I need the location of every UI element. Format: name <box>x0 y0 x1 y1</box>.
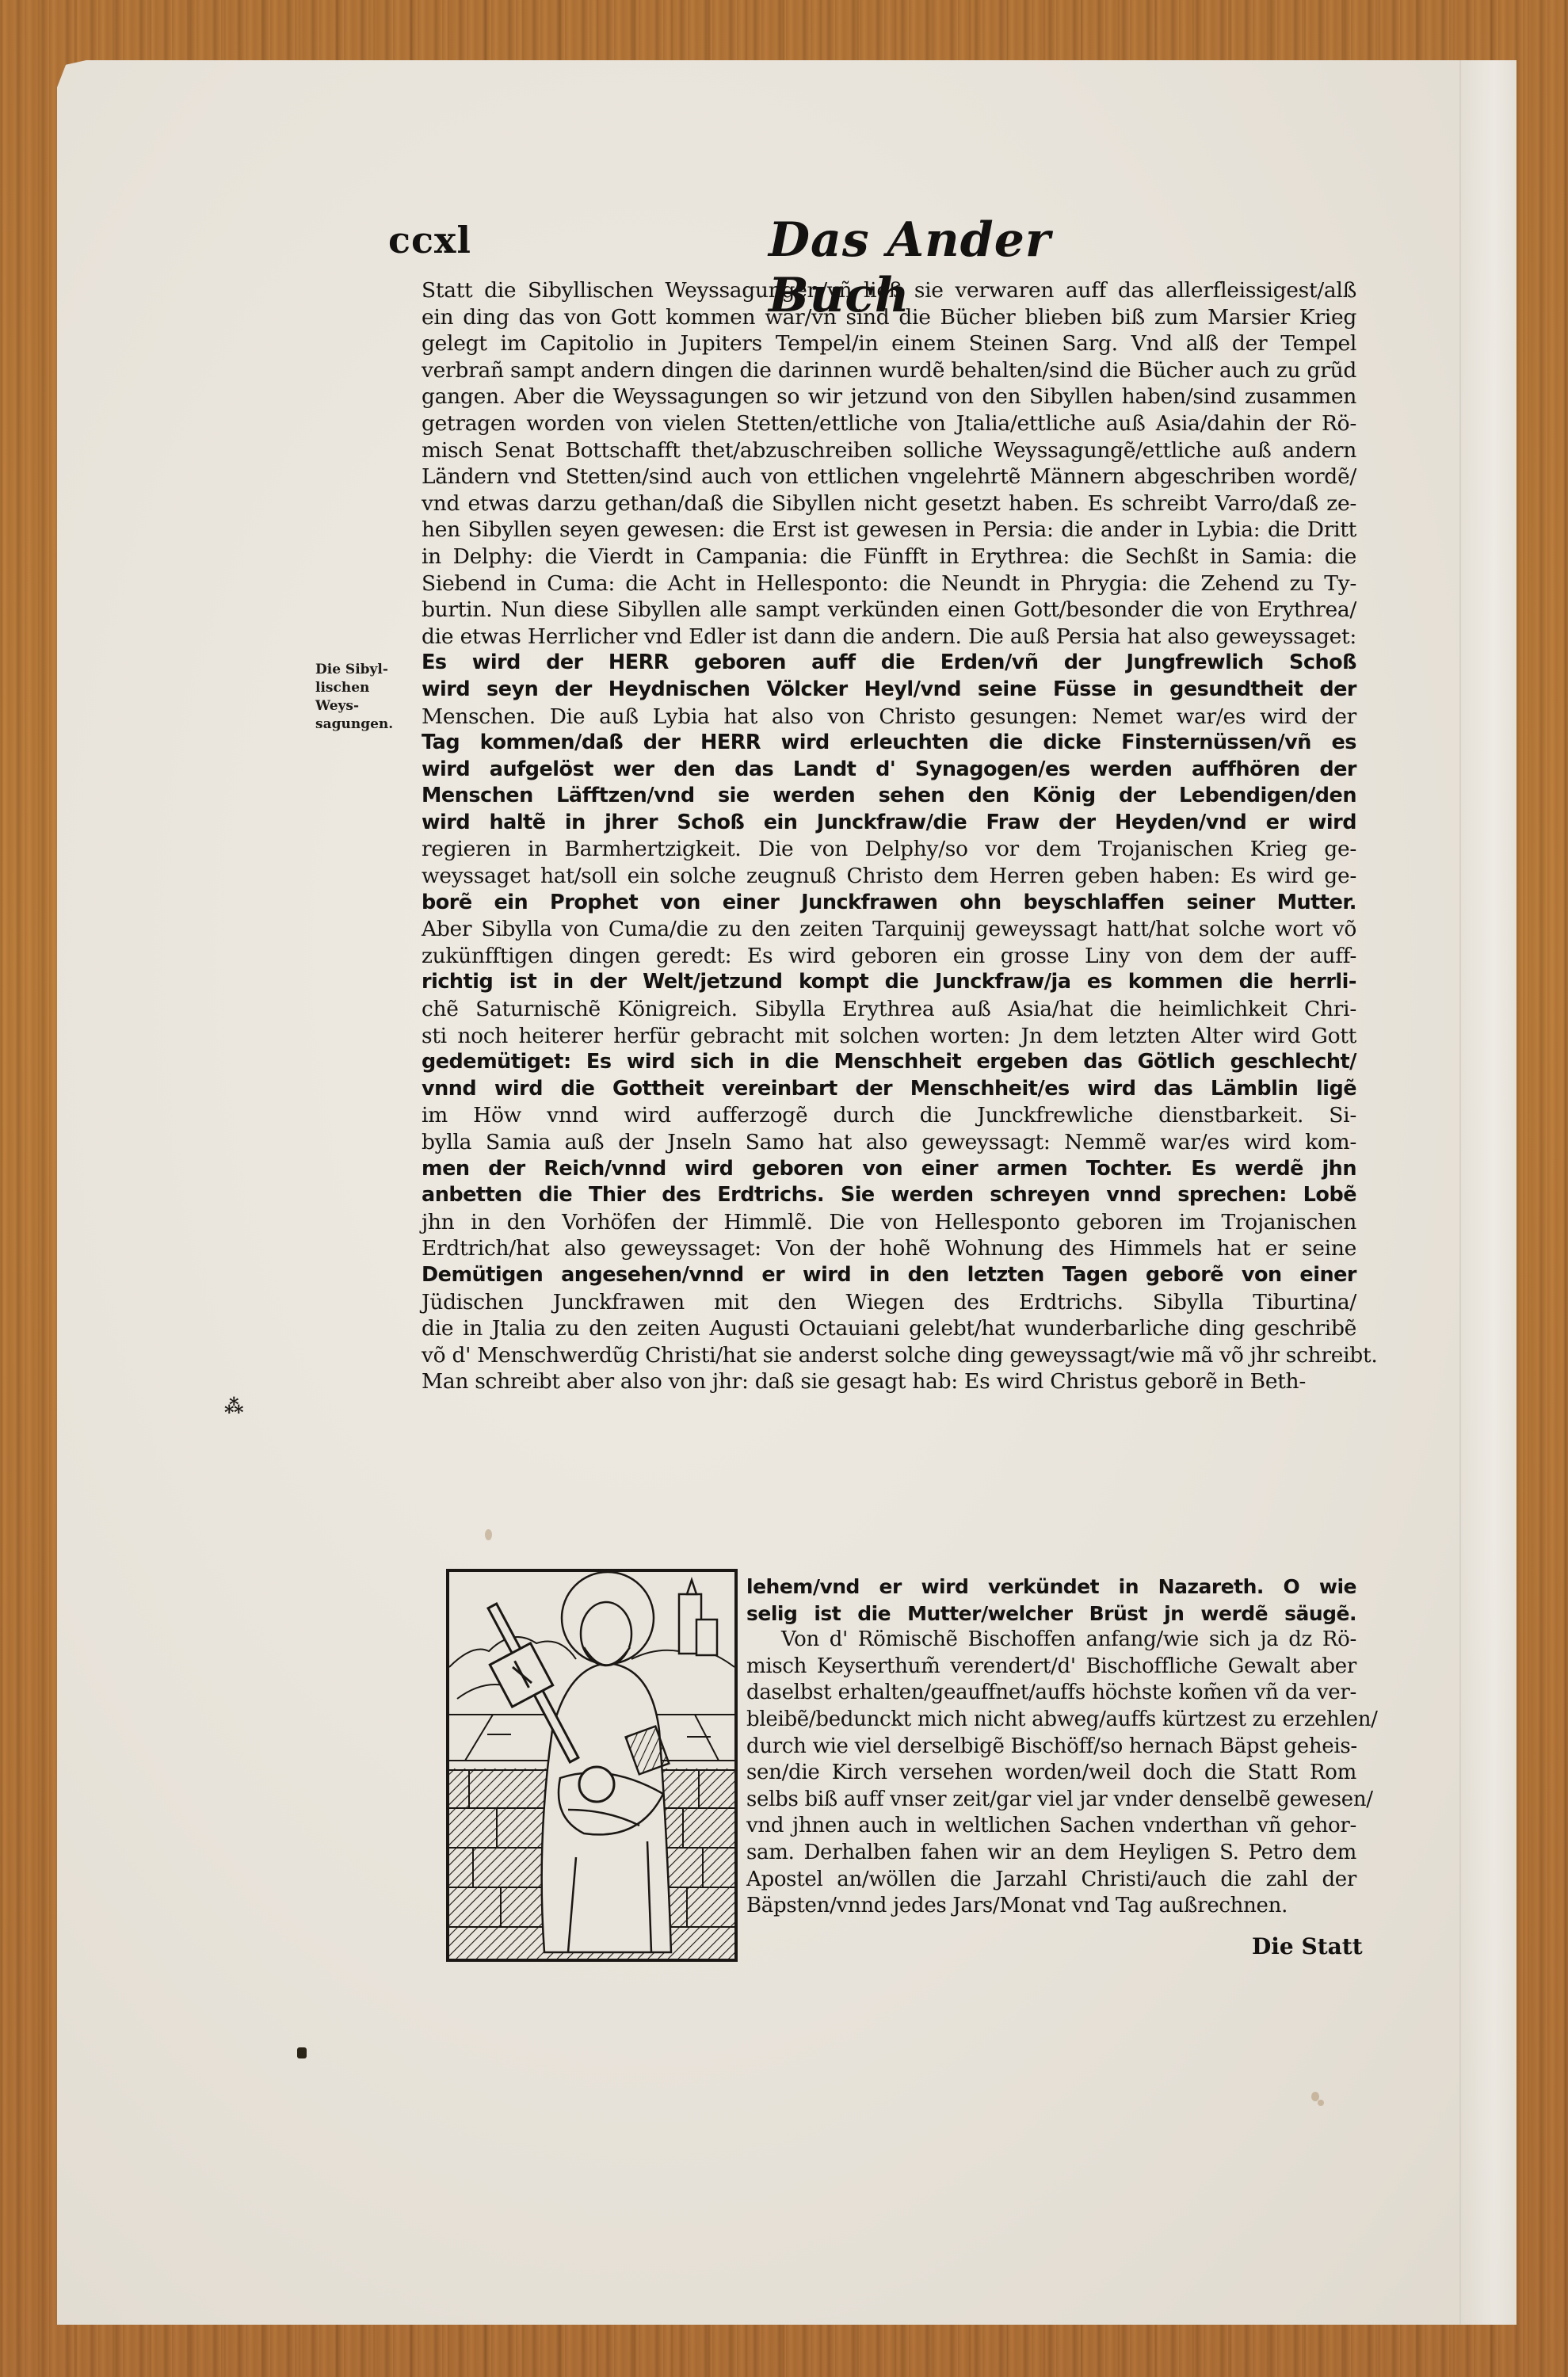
text-line: wird aufgelöst wer den das Landt d' Syna… <box>422 757 1356 784</box>
text-line: sen/die Kirch versehen worden/weil doch … <box>746 1760 1356 1787</box>
text-line: Ländern vnd Stetten/sind auch von ettlic… <box>422 464 1356 490</box>
text-line: vnnd wird die Gottheit vereinbart der Me… <box>422 1076 1356 1103</box>
text-line: regieren in Barmhertzigkeit. Die von Del… <box>422 836 1356 863</box>
text-line: Jüdischen Junckfrawen mit den Wiegen des… <box>422 1289 1356 1316</box>
text-line: Statt die Sibyllischen Weyssagungen/vñ l… <box>422 277 1356 304</box>
text-line: Siebend in Cuma: die Acht in Hellesponto… <box>422 570 1356 597</box>
text-line: bylla Samia auß der Jnseln Samo hat also… <box>422 1129 1356 1156</box>
text-line: im Höw vnnd wird aufferzogẽ durch die Ju… <box>422 1102 1356 1129</box>
text-line: Man schreibt aber also von jhr: daß sie … <box>422 1368 1356 1395</box>
text-line: Es wird der HERR geboren auff die Erden/… <box>422 650 1356 677</box>
text-line: wird haltẽ in jhrer Schoß ein Junckfraw/… <box>422 810 1356 837</box>
right-column-text: lehem/vnd er wird verkündet in Nazareth.… <box>746 1574 1356 1920</box>
foxing-spot <box>1318 2100 1324 2106</box>
text-line: weyssaget hat/soll ein solche zeugnuß Ch… <box>422 863 1356 890</box>
text-line: Apostel an/wöllen die Jarzahl Christi/au… <box>746 1867 1356 1894</box>
folio-number: ccxl <box>388 219 471 261</box>
text-line: gangen. Aber die Weyssagungen so wir jet… <box>422 383 1356 410</box>
text-line: jhn in den Vorhöfen der Himmlẽ. Die von … <box>422 1209 1356 1236</box>
text-line: vnd jhnen auch in weltlichen Sachen vnde… <box>746 1813 1356 1840</box>
marginal-note: Die Sibyl- lischen Weys- sagungen. <box>315 661 402 734</box>
marginal-note-line: Die Sibyl- <box>315 661 402 679</box>
text-line: in Delphy: die Vierdt in Campania: die F… <box>422 544 1356 570</box>
text-line: hen Sibyllen seyen gewesen: die Erst ist… <box>422 517 1356 544</box>
text-line: misch Senat Bottschafft thet/abzuschreib… <box>422 437 1356 464</box>
foxing-spot <box>485 1529 492 1540</box>
text-line: ein ding das von Gott kommen war/vñ sind… <box>422 304 1356 331</box>
text-line: lehem/vnd er wird verkündet in Nazareth.… <box>746 1574 1356 1601</box>
text-line: Aber Sibylla von Cuma/die zu den zeiten … <box>422 916 1356 943</box>
marginal-note-line: sagungen. <box>315 715 402 734</box>
text-line: die in Jtalia zu den zeiten Augusti Octa… <box>422 1315 1356 1342</box>
woodcut-saint-peter <box>446 1569 738 1962</box>
text-line: gedemütiget: Es wird sich in die Menschh… <box>422 1049 1356 1076</box>
text-line: gelegt im Capitolio in Jupiters Tempel/i… <box>422 330 1356 357</box>
text-line: Menschen Läfftzen/vnd sie werden sehen d… <box>422 783 1356 810</box>
text-line: sti noch heiterer herfür gebracht mit so… <box>422 1023 1356 1050</box>
text-line: richtig ist in der Welt/jetzund kompt di… <box>422 969 1356 996</box>
text-line: wird seyn der Heydnischen Völcker Heyl/v… <box>422 677 1356 704</box>
text-line: Erdtrich/hat also geweyssaget: Von der h… <box>422 1235 1356 1262</box>
text-line: die etwas Herrlicher vnd Edler ist dann … <box>422 624 1356 651</box>
running-head: ccxl Das Ander Buch <box>388 212 1196 276</box>
text-line: võ d' Menschwerdũg Christi/hat sie ander… <box>422 1342 1356 1369</box>
text-line: borẽ ein Prophet von einer Junckfrawen o… <box>422 890 1356 917</box>
text-line: getragen worden von vielen Stetten/ettli… <box>422 410 1356 437</box>
text-line: Menschen. Die auß Lybia hat also von Chr… <box>422 704 1356 731</box>
text-line: men der Reich/vnnd wird geboren von eine… <box>422 1156 1356 1183</box>
deckle-edge <box>1459 60 1516 2325</box>
text-line: anbetten die Thier des Erdtrichs. Sie we… <box>422 1182 1356 1209</box>
ink-blot: ⁂ <box>224 1395 244 1417</box>
text-line: misch Keyserthum̃ verendert/d' Bischoffl… <box>746 1654 1356 1681</box>
text-line: durch wie viel derselbigẽ Bischöff/so he… <box>746 1734 1356 1761</box>
text-line: daselbst erhalten/geauffnet/auffs höchst… <box>746 1680 1356 1707</box>
text-line: zukünfftigen dingen geredt: Es wird gebo… <box>422 943 1356 970</box>
ink-blot <box>297 2047 307 2058</box>
text-line: Tag kommen/daß der HERR wird erleuchten … <box>422 730 1356 757</box>
text-line: selig ist die Mutter/welcher Brüst jn we… <box>746 1601 1356 1627</box>
text-line: verbrañ sampt andern dingen die darinnen… <box>422 357 1356 384</box>
main-text-block: Statt die Sibyllischen Weyssagungen/vñ l… <box>422 277 1356 1395</box>
catchword: Die Statt <box>1252 1933 1363 1959</box>
text-line: sam. Derhalben fahen wir an dem Heyligen… <box>746 1840 1356 1867</box>
text-line: Demütigen angesehen/vnnd er wird in den … <box>422 1262 1356 1289</box>
text-line: bleibẽ/bedunckt mich nicht abweg/auffs k… <box>746 1707 1356 1734</box>
text-line: vnd etwas darzu gethan/daß die Sibyllen … <box>422 490 1356 517</box>
text-line: Bäpsten/vnnd jedes Jars/Monat vnd Tag au… <box>746 1893 1356 1920</box>
text-line: Von d' Römischẽ Bischoffen anfang/wie si… <box>746 1627 1356 1654</box>
marginal-note-line: lischen Weys- <box>315 679 402 715</box>
text-line: burtin. Nun diese Sibyllen alle sampt ve… <box>422 597 1356 624</box>
text-line: selbs biß auff vnser zeit/gar viel jar v… <box>746 1787 1356 1814</box>
text-line: chẽ Saturnischẽ Königreich. Sibylla Eryt… <box>422 996 1356 1023</box>
saint-peter-woodcut-icon <box>449 1572 734 1959</box>
